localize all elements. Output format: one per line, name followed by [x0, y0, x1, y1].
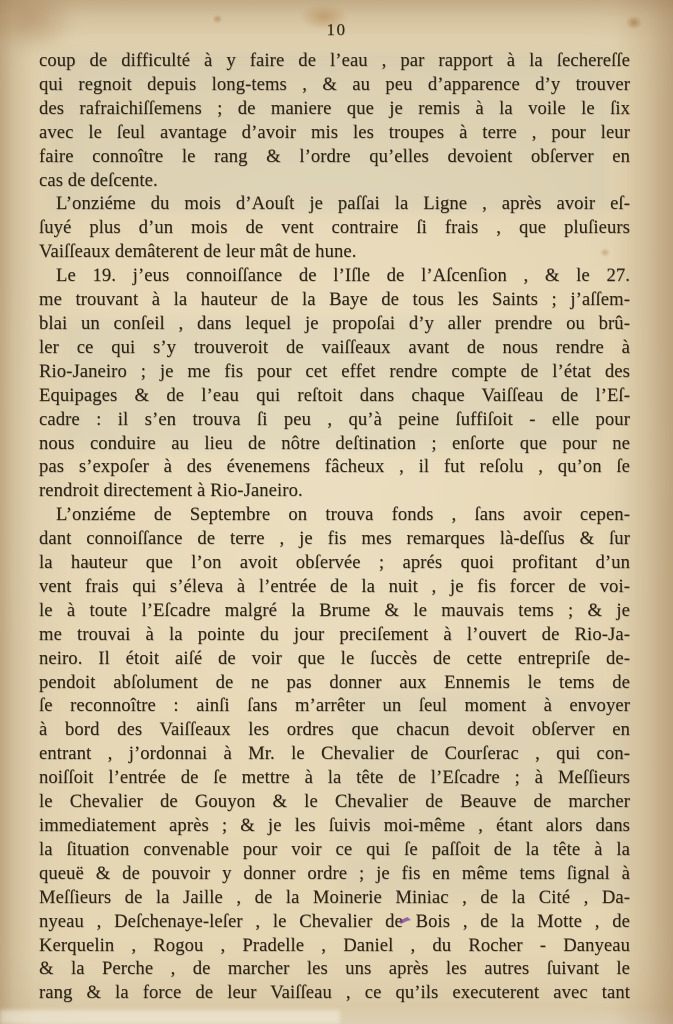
text-line: faire connoître le rang & l’ordre qu’ell…: [39, 145, 630, 169]
paragraph: Le 19. j’eus connoiſſance de l’Iſle de l…: [39, 264, 630, 503]
book-page: 10 coup de difficulté à y faire de l’eau…: [0, 0, 673, 1024]
text-line: noiſſoit l’entrée de ſe mettre à la tête…: [39, 766, 630, 790]
text-line: immediatement après ; & je les ſuivis mo…: [39, 814, 630, 838]
text-line: Meſſieurs de la Jaille , de la Moinerie …: [39, 886, 630, 910]
text-line: entrant , j’ordonnai à Mr. le Chevalier …: [39, 742, 630, 766]
page-edge-highlight: [0, 1010, 340, 1024]
page-number: 10: [0, 20, 673, 40]
text-line: Equipages & de l’eau qui reſtoit dans ch…: [39, 384, 630, 408]
text-line: cadre : il s’en trouva ſi peu , qu’à pei…: [39, 408, 630, 432]
text-line: Rio-Janeiro ; je me fis pour cet effet r…: [39, 360, 630, 384]
text-line: des rafraichiſſemens ; de maniere que je…: [39, 97, 630, 121]
text-line: le à toute l’Eſcadre malgré la Brume & l…: [39, 599, 630, 623]
paragraph: coup de difficulté à y faire de l’eau , …: [39, 49, 630, 192]
text-line: dant connoiſſance de terre , je fis mes …: [39, 527, 630, 551]
text-line: avec le ſeul avantage d’avoir mis les tr…: [39, 121, 630, 145]
text-line: L’onziéme du mois d’Aouſt je paſſai la L…: [39, 192, 630, 216]
text-line: me trouvai à la pointe du jour preciſeme…: [39, 623, 630, 647]
page-text: coup de difficulté à y faire de l’eau , …: [39, 49, 630, 1005]
text-line: Kerquelin , Rogou , Pradelle , Daniel , …: [39, 934, 630, 958]
text-line: la ſituation convenable pour voir ce qui…: [39, 838, 630, 862]
text-line: & la Perche , de marcher les uns après l…: [39, 957, 630, 981]
text-line: blai un conſeil , dans lequel je propoſa…: [39, 312, 630, 336]
text-line: nyeau , Deſchenaye-leſer , le Chevalier …: [39, 910, 630, 934]
text-line: nous conduire au lieu de nôtre deſtinati…: [39, 432, 630, 456]
text-line: coup de difficulté à y faire de l’eau , …: [39, 49, 630, 73]
text-line: L’onziéme de Septembre on trouva fonds ,…: [39, 503, 630, 527]
text-line: à bord des Vaiſſeaux les ordres que chac…: [39, 718, 630, 742]
text-line: pendoit abſolument de ne pas donner aux …: [39, 671, 630, 695]
text-line: me trouvant à la hauteur de la Baye de t…: [39, 288, 630, 312]
text-line: queuë & de pouvoir y donner ordre ; je f…: [39, 862, 630, 886]
text-line: rang & la force de leur Vaiſſeau , ce qu…: [39, 981, 630, 1005]
text-line: qui regnoit depuis long-tems , & au peu …: [39, 73, 630, 97]
text-line: rendroit directement à Rio-Janeiro.: [39, 479, 630, 503]
text-line: ſuyé plus d’un mois de vent contraire ſi…: [39, 216, 630, 240]
text-line: Le 19. j’eus connoiſſance de l’Iſle de l…: [39, 264, 630, 288]
text-line: la hauteur que l’on avoit obſervée ; apr…: [39, 551, 630, 575]
text-line: ſe reconnoître : ainſi ſans m’arrêter un…: [39, 694, 630, 718]
text-line: vent frais qui s’éleva à l’entrée de la …: [39, 575, 630, 599]
text-line: pas s’expoſer à des évenemens fâcheux , …: [39, 455, 630, 479]
text-line: Vaiſſeaux demâterent de leur mât de hune…: [39, 240, 630, 264]
text-line: ler ce qui s’y trouveroit de vaiſſeaux a…: [39, 336, 630, 360]
text-line: le Chevalier de Gouyon & le Chevalier de…: [39, 790, 630, 814]
paragraph: L’onziéme de Septembre on trouva fonds ,…: [39, 503, 630, 1005]
text-line: cas de deſcente.: [39, 169, 630, 193]
paragraph: L’onziéme du mois d’Aouſt je paſſai la L…: [39, 192, 630, 264]
text-line: neiro. Il étoit aiſé de voir que le ſucc…: [39, 647, 630, 671]
